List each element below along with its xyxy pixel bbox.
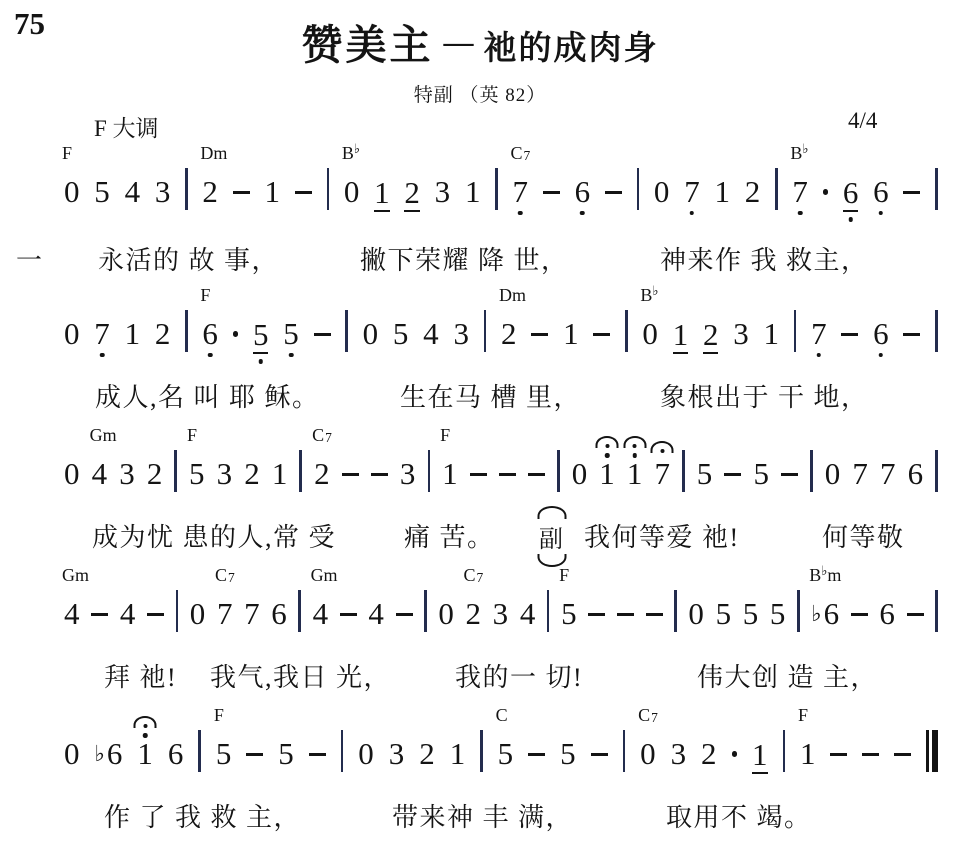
title-subname: 祂的成肉身 bbox=[484, 31, 659, 67]
barline bbox=[775, 168, 778, 210]
note: 6 bbox=[271, 592, 287, 630]
hymn-title: 赞美主—祂的成肉身 bbox=[0, 12, 960, 71]
note-digit: 4 bbox=[64, 597, 80, 630]
chord-label: C7 bbox=[511, 144, 531, 162]
octave-dot-low bbox=[518, 211, 523, 216]
music-line: F0543Dm21B♭01231C7760712B♭766 bbox=[64, 170, 938, 208]
note: 5 bbox=[393, 312, 409, 350]
title-dash: — bbox=[444, 26, 474, 59]
rest-note: C70 bbox=[640, 732, 656, 770]
note-digit: 3 bbox=[733, 317, 749, 350]
note: 7 bbox=[244, 592, 260, 630]
note: 1 bbox=[137, 732, 153, 770]
key-signature: F 大调 bbox=[94, 110, 159, 143]
octave-dot-low bbox=[289, 353, 294, 358]
note-digit: 3 bbox=[435, 175, 451, 208]
chord-label: C7 bbox=[464, 566, 484, 584]
note: 4 bbox=[125, 170, 141, 208]
lyric-line: 拜 祂!我气,我日 光，我的一 切!伟大创 造 主， bbox=[0, 657, 960, 695]
note-digit: 2 bbox=[745, 175, 761, 208]
octave-dot-low bbox=[208, 353, 213, 358]
note-digit: 2 bbox=[701, 737, 717, 770]
note: 4 bbox=[120, 592, 136, 630]
note: 3 bbox=[453, 312, 469, 350]
note-digit: 1 bbox=[714, 175, 730, 208]
lyric-line: 成为忧 患的人,常 受痛 苦。副我何等爱 祂!何等敬 bbox=[0, 517, 960, 555]
note-digit: 0 bbox=[64, 737, 80, 770]
note-digit: 7 bbox=[811, 317, 827, 350]
note: 3 bbox=[400, 452, 416, 490]
rest-note: 0 bbox=[572, 452, 588, 490]
duration-dash bbox=[862, 753, 879, 756]
note-digit: 0 bbox=[572, 457, 588, 490]
note-digit: 2 bbox=[244, 457, 260, 490]
note-digit: 4 bbox=[313, 597, 329, 630]
note: 7 bbox=[880, 452, 896, 490]
note: Gm4 bbox=[313, 592, 329, 630]
lyric-segment: 带来神 丰 满， bbox=[392, 797, 573, 834]
note: C72 bbox=[466, 592, 482, 630]
note-digit: 4 bbox=[120, 597, 136, 630]
time-signature: 4/4 bbox=[848, 108, 877, 134]
hymn-sheet: 75 赞美主—祂的成肉身 特副 （英 82） F 大调 4/4 F0543Dm2… bbox=[0, 0, 960, 849]
rest-note: 0 bbox=[64, 312, 80, 350]
duration-dash bbox=[646, 613, 663, 616]
duration-dash bbox=[309, 753, 326, 756]
lyric-segment: 永活的 故 事， bbox=[98, 240, 279, 277]
note-digit: 5 bbox=[716, 597, 732, 630]
note: 6 bbox=[168, 732, 184, 770]
note-digit: 5 bbox=[753, 457, 769, 490]
duration-dash bbox=[841, 333, 858, 336]
rest-note: 0 bbox=[825, 452, 841, 490]
octave-dot-low bbox=[848, 217, 853, 222]
chord-label: Dm bbox=[499, 286, 526, 304]
note: 5 bbox=[94, 170, 110, 208]
note: 1 bbox=[563, 312, 579, 350]
fermata-icon bbox=[623, 436, 646, 448]
duration-dash bbox=[724, 473, 741, 476]
barline bbox=[480, 730, 483, 772]
lyric-segment: 伟大创 造 主， bbox=[697, 657, 878, 694]
note-digit: 5 bbox=[253, 318, 269, 354]
note: 3 bbox=[733, 312, 749, 350]
note: 5 bbox=[753, 452, 769, 490]
barline bbox=[623, 730, 626, 772]
octave-dot-high bbox=[605, 453, 610, 458]
note: 1 bbox=[764, 312, 780, 350]
chord-label: F bbox=[440, 426, 450, 444]
note: 6 bbox=[879, 592, 895, 630]
note-digit: 5 bbox=[697, 457, 713, 490]
note: 3 bbox=[671, 732, 687, 770]
octave-dot-low bbox=[798, 211, 803, 216]
note-digit: 7 bbox=[792, 175, 808, 208]
note: Gm4 bbox=[64, 592, 80, 630]
note: 5 bbox=[560, 732, 576, 770]
note: 2 bbox=[745, 170, 761, 208]
note: Dm2 bbox=[501, 312, 517, 350]
note-digit: 1 bbox=[752, 738, 768, 774]
lyric-segment: 我的一 切! bbox=[455, 657, 583, 694]
fermata-icon bbox=[134, 716, 157, 728]
chord-label: B♭ bbox=[342, 144, 360, 162]
note: 6 bbox=[908, 452, 924, 490]
note-digit: 5 bbox=[561, 597, 577, 630]
title-main: 赞美主 bbox=[302, 22, 434, 68]
note-digit: 1 bbox=[800, 737, 816, 770]
note: 1 bbox=[752, 732, 768, 770]
note: 7 bbox=[811, 312, 827, 350]
barline bbox=[637, 168, 640, 210]
note-digit: 5 bbox=[743, 597, 759, 630]
rest-note: 0 bbox=[358, 732, 374, 770]
note-digit: 3 bbox=[119, 457, 135, 490]
note-digit: 2 bbox=[703, 318, 719, 354]
note: 1 bbox=[125, 312, 141, 350]
augmentation-dot bbox=[732, 751, 738, 757]
lyric-segment: 痛 苦。 bbox=[404, 517, 495, 554]
rest-note: 0 bbox=[363, 312, 379, 350]
note-digit: 6 bbox=[873, 175, 889, 208]
note: 7 bbox=[94, 312, 110, 350]
note: 4 bbox=[368, 592, 384, 630]
lyric-segment: 象根出于 干 地， bbox=[660, 377, 869, 414]
note-digit: 0 bbox=[358, 737, 374, 770]
duration-dash bbox=[246, 753, 263, 756]
note: 3 bbox=[217, 452, 233, 490]
duration-dash bbox=[295, 191, 312, 194]
music-line: 0♭616F550321C55C70321F1 bbox=[64, 732, 938, 770]
chord-label: F bbox=[187, 426, 197, 444]
lyric-segment: 一 bbox=[16, 240, 44, 277]
note-digit: 6 bbox=[271, 597, 287, 630]
note-digit: 5 bbox=[393, 317, 409, 350]
fermata-icon bbox=[651, 441, 674, 453]
note-digit: 3 bbox=[671, 737, 687, 770]
note-digit: 1 bbox=[137, 737, 153, 770]
lyric-segment: 神来作 我 救主， bbox=[660, 240, 869, 277]
barline bbox=[424, 590, 427, 632]
note: C5 bbox=[498, 732, 514, 770]
duration-dash bbox=[342, 473, 359, 476]
duration-dash bbox=[605, 191, 622, 194]
note-digit: 0 bbox=[64, 175, 80, 208]
note: 1 bbox=[627, 452, 643, 490]
note-digit: 2 bbox=[466, 597, 482, 630]
barline bbox=[682, 450, 685, 492]
duration-dash bbox=[470, 473, 487, 476]
barline bbox=[484, 310, 487, 352]
duration-dash bbox=[830, 753, 847, 756]
chord-label: B♭ bbox=[790, 144, 808, 162]
note: B♭7 bbox=[792, 170, 808, 208]
barline bbox=[185, 168, 188, 210]
note: 5 bbox=[743, 592, 759, 630]
lyric-segment: 何等敬 bbox=[822, 517, 905, 554]
note-digit: 7 bbox=[852, 457, 868, 490]
note: 5 bbox=[697, 452, 713, 490]
lyric-line: 作 了 我 救 主，带来神 丰 满，取用不 竭。 bbox=[0, 797, 960, 835]
note: Dm2 bbox=[202, 170, 218, 208]
rest-note: B♭0 bbox=[344, 170, 360, 208]
note-digit: 7 bbox=[244, 597, 260, 630]
final-barline-thin bbox=[926, 730, 929, 772]
note: 6 bbox=[575, 170, 591, 208]
barline bbox=[495, 168, 498, 210]
chord-label: Gm bbox=[311, 566, 338, 584]
augmentation-dot bbox=[233, 331, 239, 337]
barline bbox=[810, 450, 813, 492]
note-digit: 1 bbox=[563, 317, 579, 350]
chord-label: Gm bbox=[90, 426, 117, 444]
chord-label: F bbox=[200, 286, 210, 304]
note-digit: 1 bbox=[627, 457, 643, 490]
barline bbox=[299, 450, 302, 492]
barline bbox=[935, 450, 938, 492]
note: 5 bbox=[716, 592, 732, 630]
note-digit: 6 bbox=[908, 457, 924, 490]
note-digit: 2 bbox=[155, 317, 171, 350]
note: 6 bbox=[873, 312, 889, 350]
barline bbox=[327, 168, 330, 210]
note: F5 bbox=[216, 732, 232, 770]
note: 7 bbox=[852, 452, 868, 490]
duration-dash bbox=[591, 753, 608, 756]
note-digit: 0 bbox=[64, 457, 80, 490]
duration-dash bbox=[903, 333, 920, 336]
octave-dot-high bbox=[632, 453, 637, 458]
duration-dash bbox=[91, 613, 108, 616]
note-digit: 0 bbox=[825, 457, 841, 490]
note-digit: 5 bbox=[498, 737, 514, 770]
note-digit: 0 bbox=[190, 597, 206, 630]
note-digit: 0 bbox=[438, 597, 454, 630]
note-digit: 2 bbox=[419, 737, 435, 770]
note-digit: 4 bbox=[423, 317, 439, 350]
duration-dash bbox=[396, 613, 413, 616]
note: F1 bbox=[800, 732, 816, 770]
note: 5 bbox=[278, 732, 294, 770]
octave-dot-low bbox=[580, 211, 585, 216]
note-digit: 3 bbox=[389, 737, 405, 770]
note: 2 bbox=[147, 452, 163, 490]
note-digit: 6 bbox=[879, 597, 895, 630]
note-digit: 6 bbox=[202, 317, 218, 350]
chord-label: Gm bbox=[62, 566, 89, 584]
rest-note: 0 bbox=[438, 592, 454, 630]
lyric-segment: 拜 祂! bbox=[104, 657, 177, 694]
note: 3 bbox=[389, 732, 405, 770]
barline bbox=[557, 450, 560, 492]
note-digit: 5 bbox=[94, 175, 110, 208]
note-digit: 6 bbox=[575, 175, 591, 208]
chord-label: F bbox=[62, 144, 72, 162]
note-digit: 6 bbox=[873, 317, 889, 350]
rest-note: 0 bbox=[190, 592, 206, 630]
chord-label: C7 bbox=[312, 426, 332, 444]
lyric-line: 一永活的 故 事，撇下荣耀 降 世，神来作 我 救主， bbox=[0, 240, 960, 278]
barline bbox=[783, 730, 786, 772]
rest-note: B♭0 bbox=[642, 312, 658, 350]
note: 1 bbox=[599, 452, 615, 490]
barline bbox=[674, 590, 677, 632]
augmentation-dot bbox=[823, 189, 829, 195]
barline bbox=[341, 730, 344, 772]
lyric-segment: 作 了 我 救 主， bbox=[104, 797, 301, 834]
lyric-segment: 撇下荣耀 降 世， bbox=[360, 240, 569, 277]
note-digit: 1 bbox=[599, 457, 615, 490]
chord-label: C7 bbox=[215, 566, 235, 584]
lyric-segment: 我何等爱 祂! bbox=[584, 517, 740, 554]
note: 2 bbox=[155, 312, 171, 350]
barline bbox=[176, 590, 179, 632]
note-digit: 5 bbox=[189, 457, 205, 490]
duration-dash bbox=[233, 191, 250, 194]
note: Gm4 bbox=[92, 452, 108, 490]
note-digit: 7 bbox=[217, 597, 233, 630]
chord-label: C7 bbox=[638, 706, 658, 724]
octave-dot-low bbox=[879, 353, 884, 358]
note-digit: 1 bbox=[264, 175, 280, 208]
rest-note: 0 bbox=[64, 732, 80, 770]
duration-dash bbox=[894, 753, 911, 756]
lyric-segment: 生在马 槽 里， bbox=[400, 377, 581, 414]
fermata-icon bbox=[596, 436, 619, 448]
chord-label: B♭ bbox=[640, 286, 658, 304]
duration-dash bbox=[588, 613, 605, 616]
octave-dot-low bbox=[100, 353, 105, 358]
lyric-segment: 成人,名 叫 耶 稣。 bbox=[95, 377, 320, 414]
note-digit: 6 bbox=[824, 597, 840, 630]
note-digit: 1 bbox=[125, 317, 141, 350]
chord-label: C bbox=[496, 706, 508, 724]
note-digit: 3 bbox=[155, 175, 171, 208]
note: 1 bbox=[264, 170, 280, 208]
note: 1 bbox=[465, 170, 481, 208]
note: 6 bbox=[843, 170, 859, 208]
note-digit: 5 bbox=[560, 737, 576, 770]
note-digit: 1 bbox=[465, 175, 481, 208]
note: 1 bbox=[714, 170, 730, 208]
note: 1 bbox=[272, 452, 288, 490]
note-digit: 2 bbox=[314, 457, 330, 490]
duration-dash bbox=[903, 191, 920, 194]
note: F1 bbox=[442, 452, 458, 490]
note-digit: 0 bbox=[642, 317, 658, 350]
duration-dash bbox=[543, 191, 560, 194]
duration-dash bbox=[371, 473, 388, 476]
note-digit: 5 bbox=[283, 317, 299, 350]
note-digit: 7 bbox=[880, 457, 896, 490]
flat-sign: ♭ bbox=[94, 743, 104, 765]
duration-dash bbox=[907, 613, 924, 616]
note-digit: 1 bbox=[272, 457, 288, 490]
chorus-mark: 副 bbox=[536, 519, 568, 554]
duration-dash bbox=[499, 473, 516, 476]
barline bbox=[174, 450, 177, 492]
rest-note: F0 bbox=[64, 170, 80, 208]
note-digit: 2 bbox=[202, 175, 218, 208]
note-digit: 4 bbox=[368, 597, 384, 630]
barline bbox=[428, 450, 431, 492]
note-digit: 4 bbox=[520, 597, 536, 630]
note: 6 bbox=[873, 170, 889, 208]
note: 3 bbox=[435, 170, 451, 208]
barline bbox=[625, 310, 628, 352]
barline bbox=[185, 310, 188, 352]
note: 1 bbox=[374, 170, 390, 208]
note: C77 bbox=[217, 592, 233, 630]
note-digit: 6 bbox=[168, 737, 184, 770]
note-digit: 1 bbox=[673, 318, 689, 354]
note-digit: 4 bbox=[125, 175, 141, 208]
music-line: Gm440C7776Gm440C7234F50555B♭m♭66 bbox=[64, 592, 938, 630]
rest-note: 0 bbox=[654, 170, 670, 208]
note-digit: 5 bbox=[770, 597, 786, 630]
chord-label: Dm bbox=[200, 144, 227, 162]
note: 3 bbox=[493, 592, 509, 630]
note: 2 bbox=[404, 170, 420, 208]
duration-dash bbox=[531, 333, 548, 336]
rest-note: 0 bbox=[64, 452, 80, 490]
barline bbox=[797, 590, 800, 632]
note-digit: 2 bbox=[147, 457, 163, 490]
note-digit: 6 bbox=[107, 737, 123, 770]
note: 5 bbox=[283, 312, 299, 350]
note: 3 bbox=[155, 170, 171, 208]
note-digit: 7 bbox=[513, 175, 529, 208]
duration-dash bbox=[617, 613, 634, 616]
duration-dash bbox=[340, 613, 357, 616]
note-digit: 6 bbox=[843, 176, 859, 212]
lyric-segment: 取用不 竭。 bbox=[666, 797, 812, 834]
note: 2 bbox=[703, 312, 719, 350]
duration-dash bbox=[147, 613, 164, 616]
note-digit: 1 bbox=[450, 737, 466, 770]
note: C77 bbox=[513, 170, 529, 208]
octave-dot-low bbox=[879, 211, 884, 216]
note: 5 bbox=[253, 312, 269, 350]
barline bbox=[935, 168, 938, 210]
note-digit: 5 bbox=[278, 737, 294, 770]
note-digit: 1 bbox=[764, 317, 780, 350]
note-digit: 0 bbox=[64, 317, 80, 350]
duration-dash bbox=[528, 753, 545, 756]
barline bbox=[345, 310, 348, 352]
rest-note: 0 bbox=[688, 592, 704, 630]
note: 2 bbox=[419, 732, 435, 770]
chord-label: F bbox=[559, 566, 569, 584]
octave-dot-low bbox=[690, 211, 695, 216]
note-digit: 0 bbox=[640, 737, 656, 770]
octave-dot-low bbox=[817, 353, 822, 358]
note-digit: 0 bbox=[654, 175, 670, 208]
barline bbox=[298, 590, 301, 632]
note-digit: 3 bbox=[493, 597, 509, 630]
subtitle: 特副 （英 82） bbox=[0, 80, 960, 107]
chord-label: B♭m bbox=[809, 566, 841, 584]
note-digit: 2 bbox=[501, 317, 517, 350]
note-digit: 1 bbox=[374, 176, 390, 212]
barline bbox=[794, 310, 797, 352]
note-digit: 1 bbox=[442, 457, 458, 490]
note-digit: 5 bbox=[216, 737, 232, 770]
note: 2 bbox=[244, 452, 260, 490]
chord-label: F bbox=[214, 706, 224, 724]
note-digit: 0 bbox=[688, 597, 704, 630]
final-barline-thick bbox=[932, 730, 938, 772]
